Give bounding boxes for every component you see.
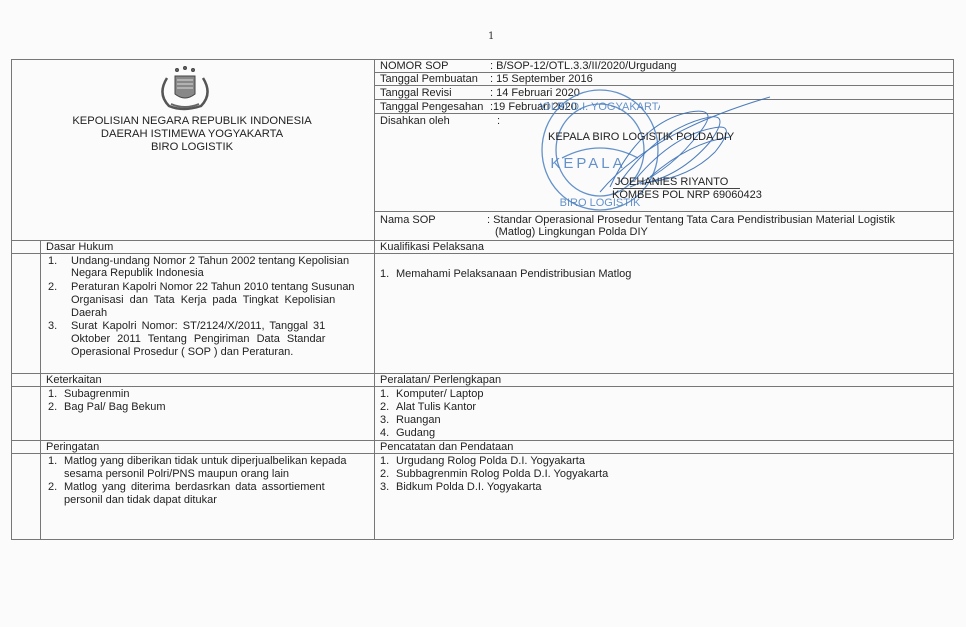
org-region: DAERAH ISTIMEWA YOGYAKARTA: [12, 128, 372, 141]
tanggal-pembuatan-label: Tanggal Pembuatan: [380, 73, 478, 85]
row-line: [11, 386, 953, 387]
list-number: 1.: [380, 388, 389, 400]
table-border-bottom: [11, 539, 953, 540]
list-item-line: Operasional Prosedur ( SOP ) dan Peratur…: [71, 346, 293, 358]
org-name: KEPOLISIAN NEGARA REPUBLIK INDONESIA: [12, 115, 372, 128]
list-number: 2.: [380, 401, 389, 413]
list-number: 2.: [380, 468, 389, 480]
list-number: 3.: [380, 414, 389, 426]
tanggal-pengesahan-label: Tanggal Pengesahan: [380, 101, 483, 113]
nomor-sop-value: : B/SOP-12/OTL.3.3/II/2020/Urgudang: [490, 60, 677, 72]
indent-divider: [40, 240, 41, 539]
signer-rank: KOMBES POL NRP 69060423: [612, 189, 762, 201]
section-title-peringatan: Peringatan: [46, 441, 99, 453]
list-item-line: Matlog yang diberikan tidak untuk diperj…: [64, 455, 347, 467]
table-border-right: [953, 59, 954, 539]
table-border-top: [11, 59, 953, 60]
row-line: [374, 85, 953, 86]
list-item-line: Undang-undang Nomor 2 Tahun 2002 tentang…: [71, 255, 369, 267]
list-number: 1.: [48, 388, 57, 400]
nomor-sop-label: NOMOR SOP: [380, 60, 448, 72]
signer-title: KEPALA BIRO LOGISTIK POLDA DIY: [548, 131, 734, 143]
section-title-keterkaitan: Keterkaitan: [46, 374, 102, 386]
list-item-line: Organisasi dan Tata Kerja pada Tingkat K…: [71, 294, 335, 306]
tanggal-revisi-label: Tanggal Revisi: [380, 87, 452, 99]
list-item: Subbagrenmin Rolog Polda D.I. Yogyakarta: [396, 468, 608, 480]
list-item: Bag Pal/ Bag Bekum: [64, 401, 166, 413]
list-number: 1.: [380, 455, 389, 467]
list-item-line: Peraturan Kapolri Nomor 22 Tahun 2010 te…: [71, 281, 355, 293]
nama-sop-value-line2: (Matlog) Lingkungan Polda DIY: [495, 226, 648, 238]
nama-sop-value-line1: : Standar Operasional Prosedur Tentang T…: [487, 214, 895, 226]
police-emblem-icon: [155, 64, 215, 112]
row-line: [11, 253, 953, 254]
column-divider: [374, 59, 375, 539]
list-item: Bidkum Polda D.I. Yogyakarta: [396, 481, 542, 493]
list-item-line: Oktober 2011 Tentang Pengiriman Data Sta…: [71, 333, 325, 345]
row-line: [374, 211, 953, 212]
list-item: Memahami Pelaksanaan Pendistribusian Mat…: [396, 268, 631, 280]
list-item: Urgudang Rolog Polda D.I. Yogyakarta: [396, 455, 585, 467]
list-item-line: Negara Republik Indonesia: [71, 267, 204, 279]
list-number: 1.: [48, 455, 57, 467]
section-title-kualifikasi: Kualifikasi Pelaksana: [380, 241, 484, 253]
list-item-line: sesama personil Polri/PNS maupun orang l…: [64, 468, 289, 480]
list-number: 2.: [48, 401, 57, 413]
section-title-peralatan: Peralatan/ Perlengkapan: [380, 374, 501, 386]
signer-name: JOEHANIES RIYANTO: [613, 176, 740, 189]
row-line: [11, 453, 953, 454]
nama-sop-label: Nama SOP: [380, 214, 436, 226]
list-number: 1.: [380, 268, 389, 280]
section-title-pencatatan: Pencatatan dan Pendataan: [380, 441, 513, 453]
list-item: Alat Tulis Kantor: [396, 401, 476, 413]
disahkan-oleh-label: Disahkan oleh: [380, 115, 450, 127]
disahkan-oleh-colon: :: [497, 115, 500, 127]
section-title-dasar-hukum: Dasar Hukum: [46, 241, 113, 253]
list-number: 2.: [48, 481, 57, 493]
list-item: Komputer/ Laptop: [396, 388, 483, 400]
tanggal-pembuatan-value: : 15 September 2016: [490, 73, 593, 85]
org-unit: BIRO LOGISTIK: [12, 141, 372, 154]
list-item-line: Matlog yang diterima berdasrkan data ass…: [64, 481, 325, 493]
list-number: 3.: [380, 481, 389, 493]
list-item-line: Daerah: [71, 307, 107, 319]
list-item: Gudang: [396, 427, 435, 439]
list-number: 4.: [380, 427, 389, 439]
list-item: Subagrenmin: [64, 388, 129, 400]
list-number: 3.: [48, 320, 57, 332]
list-number: 1.: [48, 255, 57, 267]
list-item-line: personil dan tidak dapat ditukar: [64, 494, 217, 506]
page-number: 1: [488, 31, 494, 42]
list-number: 2.: [48, 281, 57, 293]
list-item: Ruangan: [396, 414, 441, 426]
list-item-line: Surat Kapolri Nomor: ST/2124/X/2011, Tan…: [71, 320, 325, 332]
